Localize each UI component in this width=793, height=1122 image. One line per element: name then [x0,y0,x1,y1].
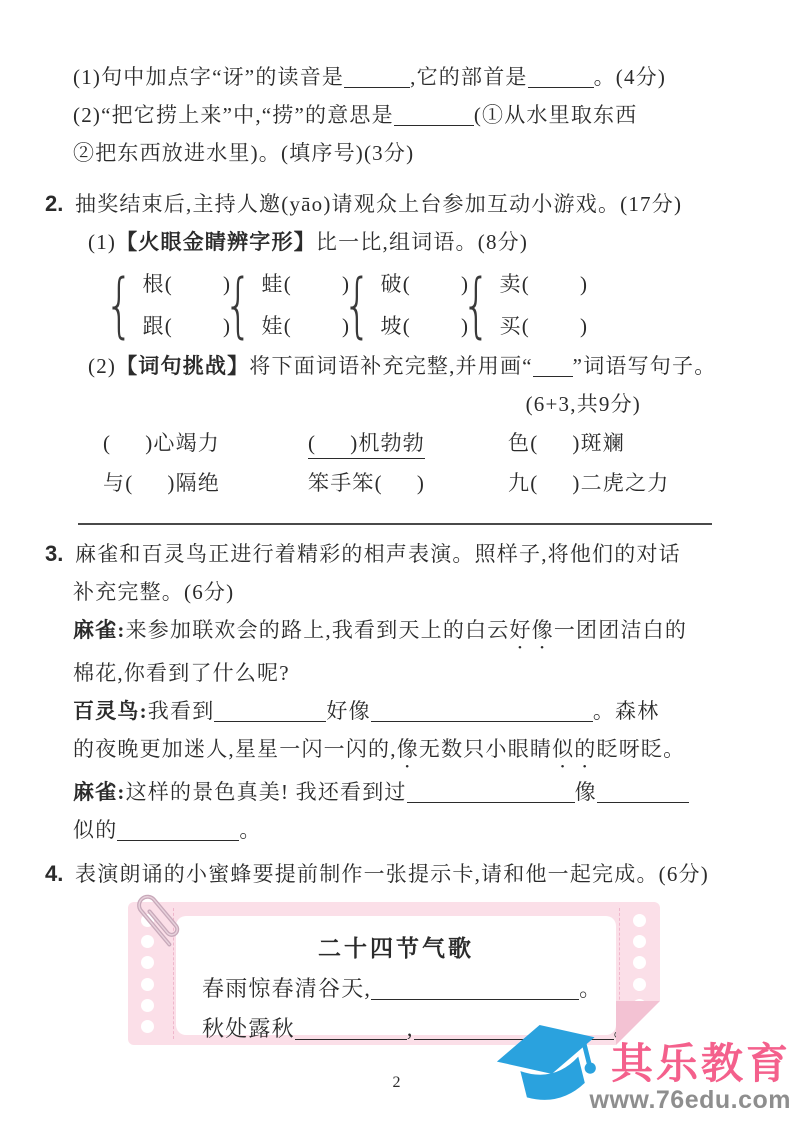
punch-hole [141,978,154,991]
paren-close: ) [580,314,588,338]
paren-open: ( [103,431,111,455]
pair-char: 买 [500,314,522,338]
q2-sub2-text-a: 将下面词语补充完整,并用画“ [249,354,532,378]
q2-words-row-2: 与()隔绝 笨手笨() 九()二虎之力 [45,463,713,503]
paren-open: ( [403,314,411,338]
q2-score-note: (6+3,共9分) [45,385,713,423]
brace-glyph: { [224,265,253,345]
q2-character-pairs: { 根() 跟() { 蛙() 娃() { 破() 坡() [45,265,713,345]
paren-open: ( [403,272,411,296]
lark-label: 百灵鸟: [73,699,148,723]
pair-char: 娃 [262,314,284,338]
q3-blank-2 [371,707,593,722]
paren-close: ) [572,431,580,455]
q2-sub2-prefix: (2) [88,354,116,378]
score-note-text: (6+3,共9分) [526,392,641,416]
punch-hole [141,999,154,1012]
q2-sub1-line: (1)【火眼金睛辨字形】比一比,组词语。(8分) [45,223,713,261]
q3-sparrow2-line2: 似的。 [45,811,713,849]
sparrow-label: 麻雀: [73,618,126,642]
brand-logo: 其乐教育 www.76edu.com [494,1020,791,1114]
punch-hole [633,914,646,927]
q3-intro-line2: 补充完整。(6分) [45,573,713,611]
word-item-4: 与()隔绝 [103,463,308,503]
section-divider [78,523,712,525]
pair-row: 买() [500,310,589,343]
paren-open: ( [530,471,538,495]
q3-number: 3. [45,535,63,573]
pair-char: 坡 [381,314,403,338]
q2-sub1-text: 比一比,组词语。(8分) [316,230,528,254]
q1-sub1-text-c: 。(4分) [594,65,667,89]
paren-open: ( [308,431,316,455]
q3-blank-1 [214,707,326,722]
punch-hole [633,978,646,991]
word-item-1: ()心竭力 [103,423,308,463]
paren-open: ( [165,314,173,338]
q1-sub1-text-b: ,它的部首是 [410,65,527,89]
punch-hole [633,956,646,969]
q2-heading: 2. 抽奖结束后,主持人邀(yāo)请观众上台参加互动小游戏。(17分) [45,185,713,223]
punch-hole [141,1020,154,1033]
q1-sub2-text-c: ②把东西放进水里)。(填序号)(3分) [73,141,414,165]
q2-inline-blank [533,362,573,377]
q2-words-row-1: ()心竭力 ()机勃勃 色()斑斓 [45,423,713,463]
q1-sub2-text-a: (2)“把它捞上来”中,“捞”的意思是 [73,103,394,127]
q4-number: 4. [45,855,63,893]
worksheet-content: (1)句中加点字“讶”的读音是,它的部首是。(4分) (2)“把它捞上来”中,“… [45,58,713,893]
pair-group-3: { 破() 坡() [335,265,454,345]
paren-open: ( [284,314,292,338]
word-item-5: 笨手笨() [308,463,508,503]
paren-close: ) [167,471,175,495]
paren-open: ( [375,471,383,495]
pair-group-4: { 卖() 买() [454,265,573,345]
q2-sub2-text-b: ”词语写句子。 [573,354,717,378]
card-blank-2 [295,1025,407,1040]
q1-blank-radical [528,73,594,88]
paren-close: ) [580,272,588,296]
worksheet-page: (1)句中加点字“讶”的读音是,它的部首是。(4分) (2)“把它捞上来”中,“… [0,0,793,1122]
q3-blank-3 [407,788,575,803]
pair-group-1: { 根() 跟() [97,265,216,345]
q2-intro-text: 抽奖结束后,主持人邀(yāo)请观众上台参加互动小游戏。(17分) [75,192,682,216]
card-line-1: 春雨惊春清谷天,。 [202,972,616,1003]
pair-char: 蛙 [262,272,284,296]
pair-group-2: { 蛙() 娃() [216,265,335,345]
q2-sub1-tag: 【火眼金睛辨字形】 [116,230,316,254]
brace-glyph: { [343,265,372,345]
q3-lark-line2: 的夜晚更加迷人,星星一闪一闪的,像无数只小眼睛似的眨呀眨。 [45,730,713,773]
emphasized-word: 好像 [509,618,553,642]
q4-intro-text: 表演朗诵的小蜜蜂要提前制作一张提示卡,请和他一起完成。(6分) [75,862,709,886]
q1-sub1-text-a: (1)句中加点字“讶”的读音是 [73,65,344,89]
word-item-2: ()机勃勃 [308,423,508,463]
paren-open: ( [530,431,538,455]
paren-close: ) [572,471,580,495]
sparrow-label: 麻雀: [73,780,126,804]
word-item-6: 九()二虎之力 [508,463,713,503]
q2-sub2-tag: 【词句挑战】 [116,354,249,378]
q1-sub2-line2: ②把东西放进水里)。(填序号)(3分) [45,134,713,172]
q3-sparrow-line1: 麻雀:来参加联欢会的路上,我看到天上的白云好像一团团洁白的 [45,611,713,654]
q1-blank-pinyin [344,73,410,88]
q1-sub2-line: (2)“把它捞上来”中,“捞”的意思是(①从水里取东西 [45,96,713,134]
q3-lark-line1: 百灵鸟:我看到好像。森林 [45,692,713,730]
paren-open: ( [125,471,133,495]
card-title: 二十四节气歌 [176,916,616,963]
brand-url: www.76edu.com [590,1087,791,1114]
pair-row: 卖() [500,268,589,301]
q2-sub1-prefix: (1) [88,230,116,254]
q1-blank-meaning [394,111,474,126]
emphasized-word: 像 [397,737,419,761]
word-item-3: 色()斑斓 [508,423,713,463]
q1-sub2-text-b: (①从水里取东西 [474,103,638,127]
q3-sparrow2-line1: 麻雀:这样的景色真美! 我还看到过像 [45,773,713,811]
paren-open: ( [522,272,530,296]
q3-blank-4 [597,788,689,803]
q2-sub2-line: (2)【词句挑战】将下面词语补充完整,并用画“”词语写句子。 [45,347,713,385]
emphasized-word: 似的 [552,737,596,761]
paperclip-icon [132,886,184,960]
pair-char: 根 [143,272,165,296]
pair-char: 破 [381,272,403,296]
q3-intro-line1: 麻雀和百灵鸟正进行着精彩的相声表演。照样子,将他们的对话 [75,542,681,566]
brand-name: 其乐教育 [611,1041,791,1087]
card-blank-1 [371,985,579,1000]
paren-open: ( [522,314,530,338]
q2-number: 2. [45,185,63,223]
paren-close: ) [417,471,425,495]
paren-open: ( [284,272,292,296]
pair-char: 卖 [500,272,522,296]
q3-blank-5 [117,826,239,841]
paren-open: ( [165,272,173,296]
q3-heading: 3. 麻雀和百灵鸟正进行着精彩的相声表演。照样子,将他们的对话 [45,535,713,573]
brace-glyph: { [462,265,491,345]
punch-hole [633,935,646,948]
pair-char: 跟 [143,314,165,338]
card-panel: 二十四节气歌 春雨惊春清谷天,。 秋处露秋,。 [176,916,616,1035]
q1-sub1-line: (1)句中加点字“讶”的读音是,它的部首是。(4分) [45,58,713,96]
q3-sparrow-line2: 棉花,你看到了什么呢? [45,654,713,692]
brace-glyph: { [105,265,134,345]
